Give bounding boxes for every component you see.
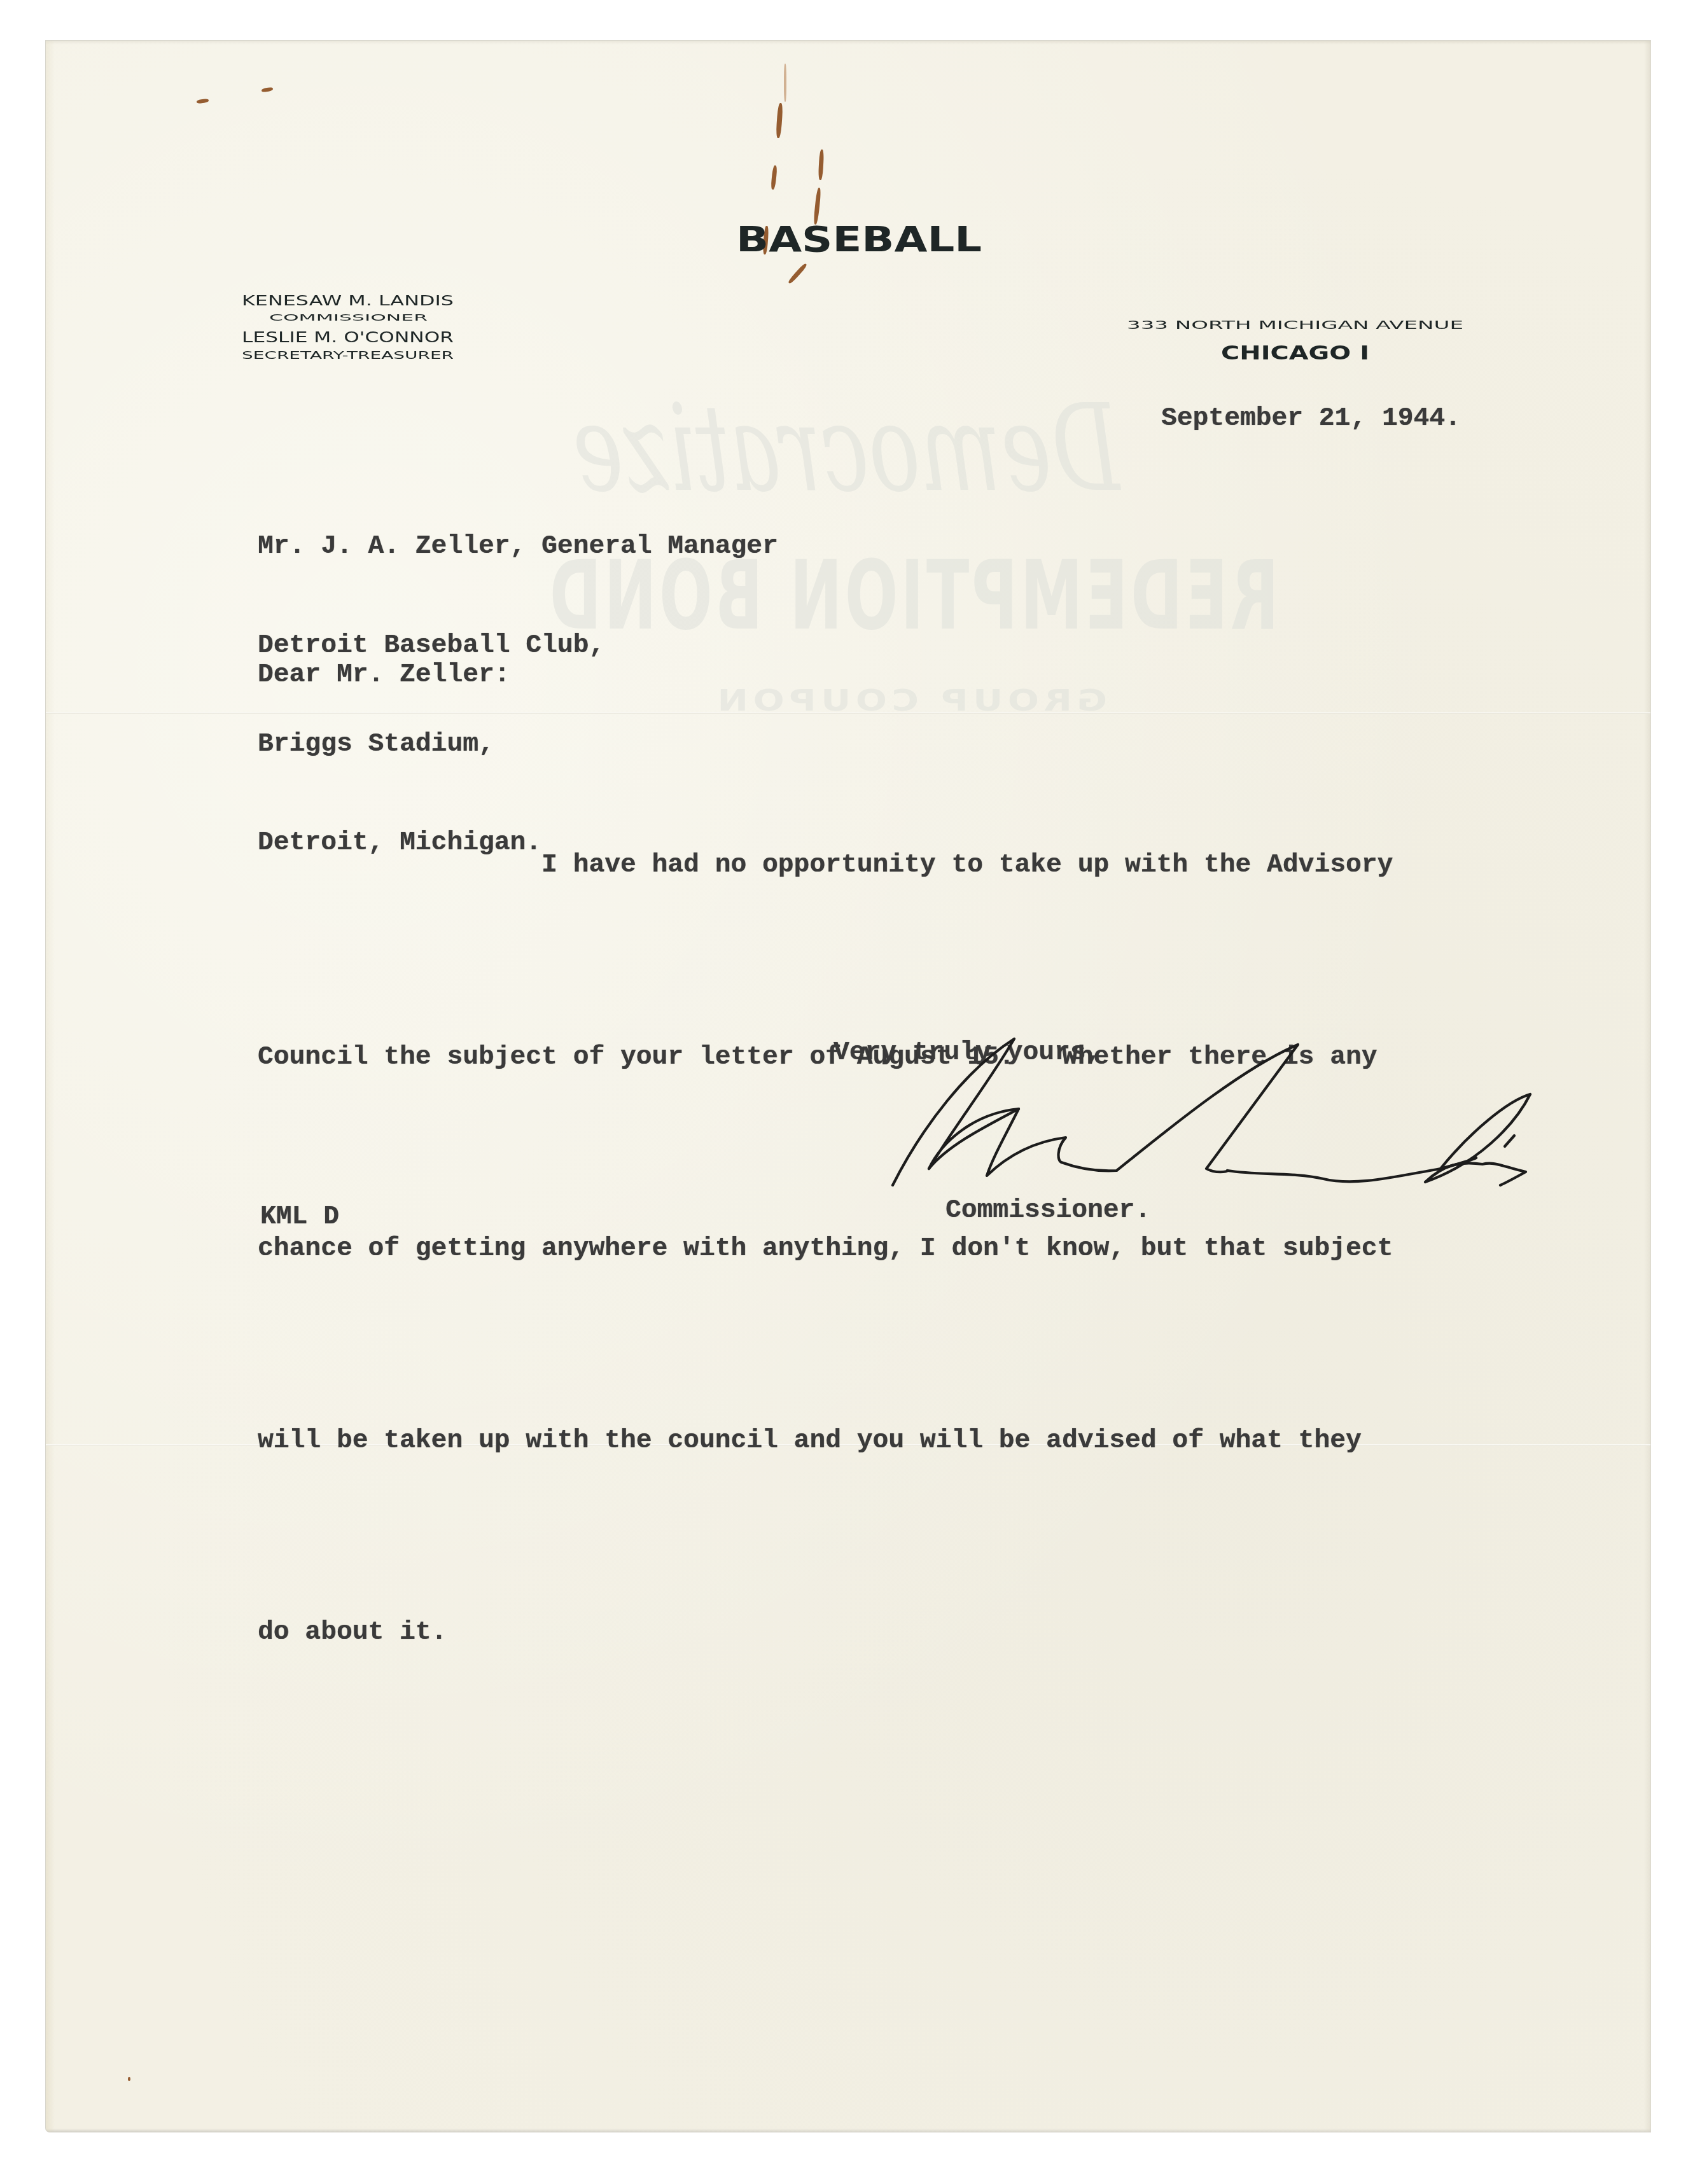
recipient-line: Detroit Baseball Club, [258,630,778,663]
officer-1-title: COMMISSIONER [269,314,428,323]
letter-date: September 21, 1944. [1161,403,1461,436]
signature [884,1031,1546,1196]
recipient-line: Mr. J. A. Zeller, General Manager [258,531,778,564]
body-line: I have had no opportunity to take up wit… [258,833,1393,898]
officer-2-title: SECRETARY-TREASURER [242,351,454,361]
body-line: will be taken up with the council and yo… [258,1409,1393,1473]
rust-stain [128,2077,130,2081]
officer-2-name: LESLIE M. O'CONNOR [242,331,454,345]
rust-stain [784,64,786,102]
officer-1-name: KENESAW M. LANDIS [242,295,454,308]
letterhead-title: BASEBALL [736,222,982,257]
letter-body: I have had no opportunity to take up wit… [258,706,1393,1728]
body-line: chance of getting anywhere with anything… [258,1217,1393,1281]
letterhead-street: 333 NORTH MICHIGAN AVENUE [1127,320,1463,331]
salutation: Dear Mr. Zeller: [258,659,510,692]
reference-initials: KML D [260,1201,339,1234]
body-line: do about it. [258,1601,1393,1665]
signer-title: Commissioner. [945,1195,1150,1228]
letterhead-city: CHICAGO I [1221,344,1369,364]
